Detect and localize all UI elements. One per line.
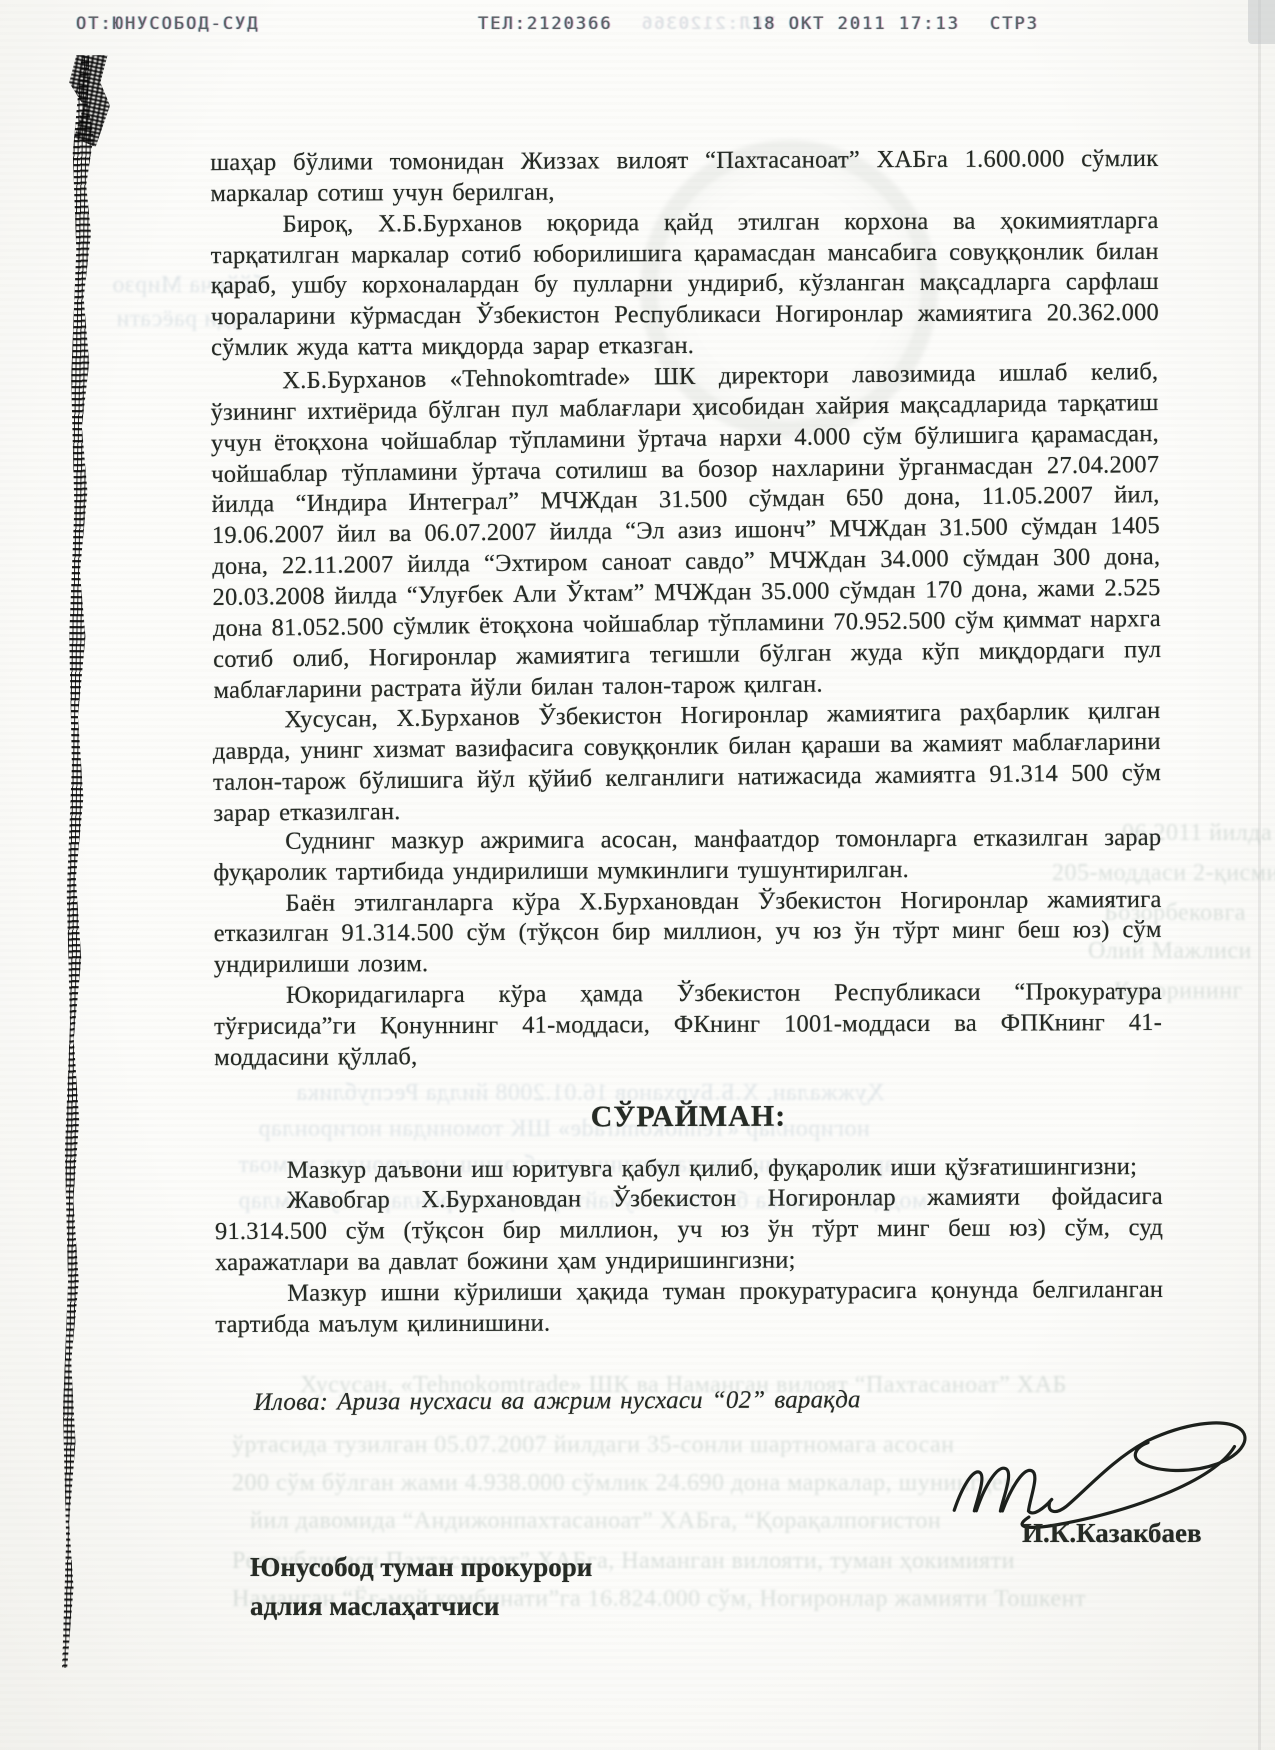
request-item: Мазкур даъвони иш юритувга қабул қилиб, … [215,1152,1163,1187]
scanned-fax-document-page: ОТ:ЮНУСОБОД-СУД ТЕЛ:2120366 ТЕЛ:2120366 … [0,0,1275,1750]
fax-transmission-header: ОТ:ЮНУСОБОД-СУД ТЕЛ:2120366 ТЕЛ:2120366 … [0,14,1275,44]
scan-corner-patch [1248,0,1275,44]
scan-artifact-stripe [57,56,100,1668]
paragraph: Х.Б.Бурханов «Tehnokomtrade» ШК директор… [210,357,1162,706]
signer-title-line2: адлия маслаҳатчиси [250,1587,592,1626]
signer-name: И.К.Казакбаев [1022,1518,1202,1549]
fax-datetime: 18 ОКТ 2011 17:13 [752,14,960,34]
paragraph: Бироқ, Х.Б.Бурханов юқорида қайд этилган… [211,206,1160,364]
fax-telephone: ТЕЛ:2120366 [478,14,613,34]
fax-page-number: СТР3 [990,14,1039,34]
request-heading: СЎРАЙМАН: [214,1096,1162,1138]
bleedthrough-text: 200 сўм бўлган жами 4.938.000 сўмлик 24.… [232,1470,1015,1497]
paragraph: Баён этилганларга кўра Х.Бурхановдан Ўзб… [213,885,1161,982]
paragraph: Хусусан, Х.Бурханов Ўзбекистон Ногиронла… [212,697,1161,830]
bleedthrough-text: йил давомида “Андижонпахтасаноат” ХАБга,… [250,1508,941,1535]
signer-title: Юнусобод туман прокурори адлия маслаҳатч… [250,1548,592,1626]
paragraph: Суднинг мазкур ажримига асосан, манфаатд… [213,823,1161,889]
paragraph: Юкоридагиларга кўра ҳамда Ўзбекистон Рес… [214,977,1162,1074]
bleedthrough-text: ўртасида тузилган 05.07.2007 йилдаги 35-… [232,1432,955,1459]
request-item: Мазкур ишни кўрилиши ҳақида туман прокур… [215,1275,1163,1341]
signer-title-line1: Юнусобод туман прокурори [250,1548,592,1587]
fax-sender: ОТ:ЮНУСОБОД-СУД [76,14,260,34]
document-body: шаҳар бўлими томонидан Жиззах вилоят “Па… [210,144,1164,1418]
request-item: Жавобгар Х.Бурхановдан Ўзбекистон Ногиро… [215,1182,1163,1279]
paragraph-continuation: шаҳар бўлими томонидан Жиззах вилоят “Па… [210,144,1158,210]
